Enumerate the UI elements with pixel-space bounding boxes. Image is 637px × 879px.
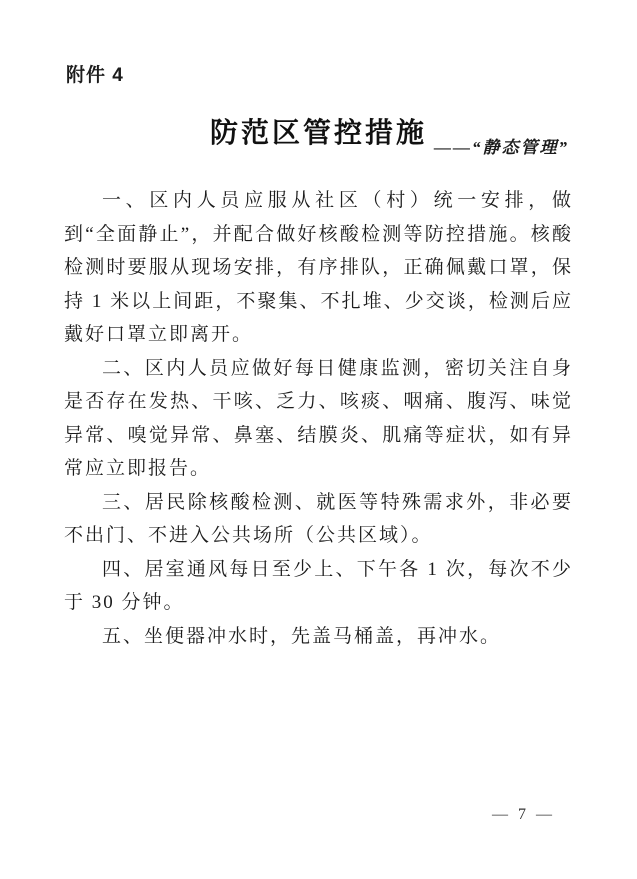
paragraph-5: 五、坐便器冲水时，先盖马桶盖，再冲水。	[64, 620, 573, 654]
paragraph-4: 四、居室通风每日至少上、下午各 1 次，每次不少于 30 分钟。	[64, 553, 573, 620]
paragraph-2: 二、区内人员应做好每日健康监测，密切关注自身是否存在发热、干咳、乏力、咳痰、咽痛…	[64, 352, 573, 486]
document-page: 附件 4 防范区管控措施 ——“静态管理” 一、区内人员应服从社区（村）统一安排…	[0, 0, 637, 879]
paragraph-3: 三、居民除核酸检测、就医等特殊需求外，非必要不出门、不进入公共场所（公共区域）。	[64, 486, 573, 553]
document-subtitle: ——“静态管理”	[434, 133, 569, 158]
paragraph-1: 一、区内人员应服从社区（村）统一安排，做到“全面静止”，并配合做好核酸检测等防控…	[64, 184, 573, 352]
document-body: 一、区内人员应服从社区（村）统一安排，做到“全面静止”，并配合做好核酸检测等防控…	[64, 184, 573, 653]
attachment-label: 附件 4	[66, 60, 124, 87]
page-number: — 7 —	[492, 806, 555, 824]
